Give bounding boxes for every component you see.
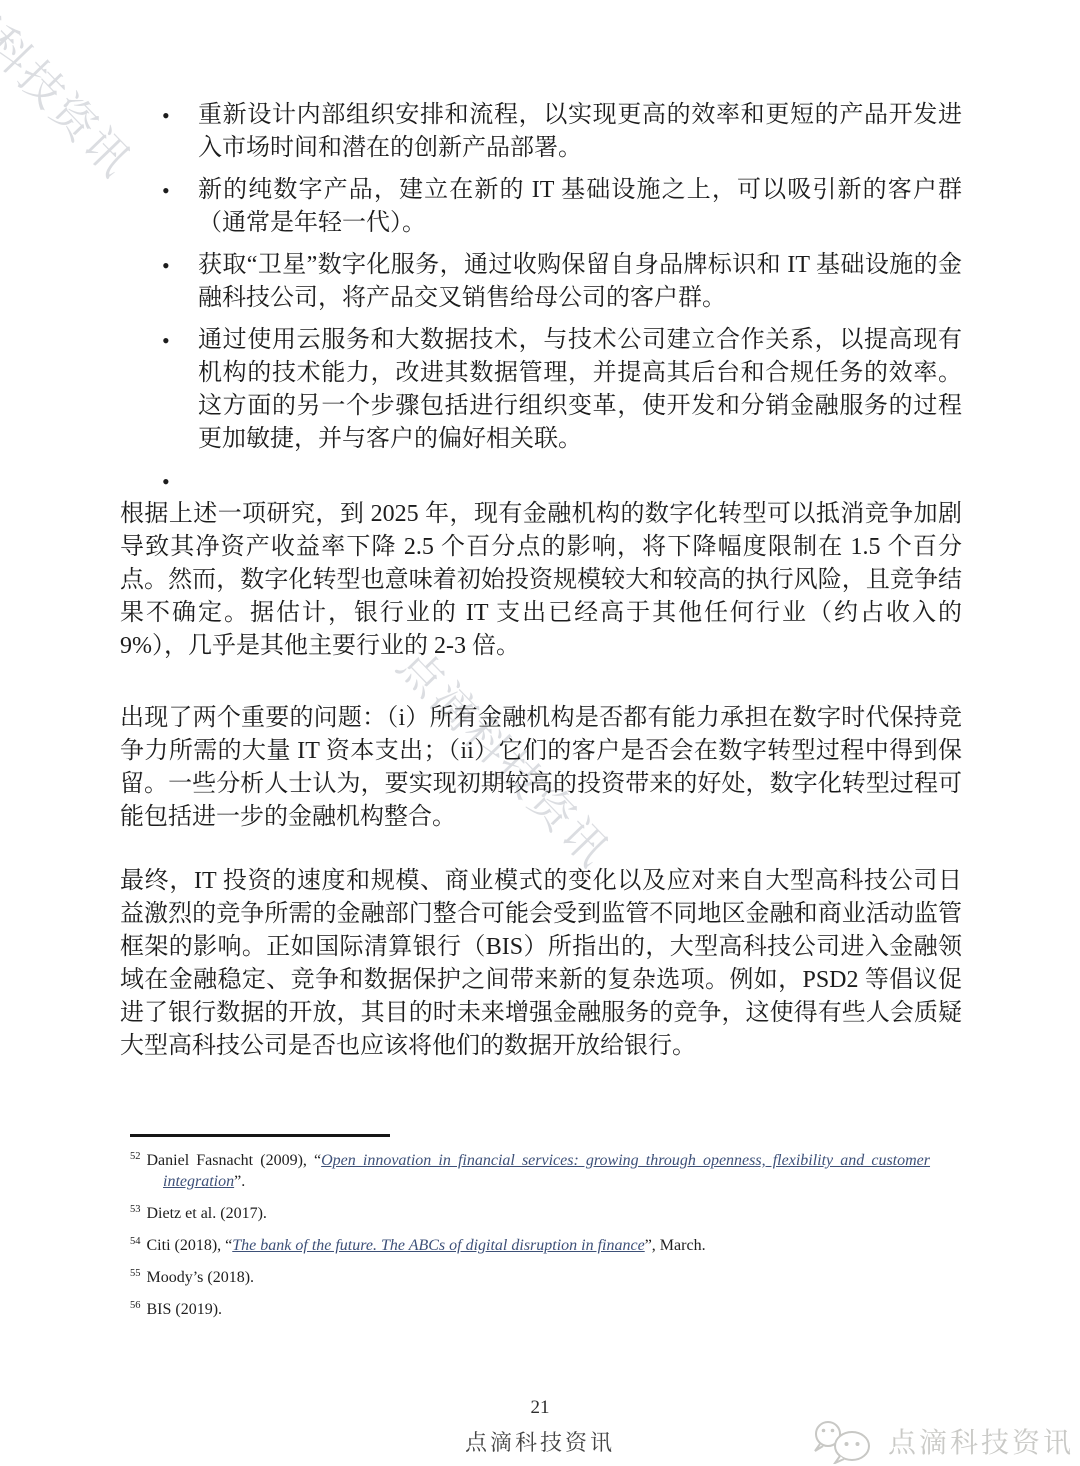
footnote-text: ”. [234, 1173, 245, 1190]
footnote-text: Moody’s (2018). [147, 1269, 255, 1286]
list-item-text: 重新设计内部组织安排和流程，以实现更高的效率和更短的产品开发进入市场时间和潜在的… [198, 102, 962, 161]
bullet-list: • 重新设计内部组织安排和流程，以实现更高的效率和更短的产品开发进入市场时间和潜… [120, 99, 962, 498]
chat-bubbles-logo-icon [807, 1418, 883, 1464]
list-item-empty: • [120, 465, 962, 498]
footnote-number: 52 [130, 1151, 141, 1162]
footnote-54: 54Citi (2018), “The bank of the future. … [130, 1235, 930, 1256]
bullet-icon: • [162, 174, 170, 207]
footnotes-section: 52Daniel Fasnacht (2009), “Open innovati… [130, 1134, 930, 1331]
page-number: 21 [0, 1397, 1080, 1419]
footnote-text: Citi (2018), “ [147, 1237, 233, 1254]
bullet-icon: • [162, 324, 170, 357]
footnote-text: BIS (2019). [147, 1301, 223, 1318]
footnote-number: 56 [130, 1300, 141, 1311]
footnote-divider [130, 1134, 390, 1137]
paragraph: 根据上述一项研究，到 2025 年，现有金融机构的数字化转型可以抵消竞争加剧导致… [120, 498, 962, 663]
list-item: • 新的纯数字产品，建立在新的 IT 基础设施之上，可以吸引新的客户群（通常是年… [120, 174, 962, 240]
footnote-text: Dietz et al. (2017). [147, 1205, 267, 1222]
paragraph: 出现了两个重要的问题：（i）所有金融机构是否都有能力承担在数字时代保持竞争力所需… [120, 702, 962, 834]
footnote-number: 55 [130, 1268, 141, 1279]
brand-name: 点滴科技资讯 [888, 1421, 1074, 1461]
bullet-icon: • [162, 465, 170, 498]
list-item: • 重新设计内部组织安排和流程，以实现更高的效率和更短的产品开发进入市场时间和潜… [120, 99, 962, 165]
footnote-link[interactable]: The bank of the future. The ABCs of digi… [232, 1237, 644, 1254]
paragraph: 最终，IT 投资的速度和规模、商业模式的变化以及应对来自大型高科技公司日益激烈的… [120, 865, 962, 1063]
footnote-number: 53 [130, 1204, 141, 1215]
footnote-52: 52Daniel Fasnacht (2009), “Open innovati… [130, 1150, 930, 1192]
footnote-56: 56BIS (2019). [130, 1299, 930, 1320]
footnote-text: ”, March. [645, 1237, 706, 1254]
footnote-number: 54 [130, 1236, 141, 1247]
footnote-53: 53Dietz et al. (2017). [130, 1203, 930, 1224]
footnote-text: Daniel Fasnacht (2009), “ [147, 1152, 322, 1169]
list-item: • 获取“卫星”数字化服务，通过收购保留自身品牌标识和 IT 基础设施的金融科技… [120, 249, 962, 315]
list-item-text: 新的纯数字产品，建立在新的 IT 基础设施之上，可以吸引新的客户群（通常是年轻一… [198, 177, 962, 236]
bullet-icon: • [162, 99, 170, 132]
list-item-text: 获取“卫星”数字化服务，通过收购保留自身品牌标识和 IT 基础设施的金融科技公司… [198, 252, 962, 311]
footnote-55: 55Moody’s (2018). [130, 1267, 930, 1288]
list-item: • 通过使用云服务和大数据技术，与技术公司建立合作关系，以提高现有机构的技术能力… [120, 324, 962, 456]
page-body: • 重新设计内部组织安排和流程，以实现更高的效率和更短的产品开发进入市场时间和潜… [120, 99, 962, 1063]
brand-logo-block: 点滴科技资讯 [807, 1418, 1074, 1464]
document-page: 点滴科技资讯 点滴科技资讯 • 重新设计内部组织安排和流程，以实现更高的效率和更… [0, 0, 1080, 1466]
bullet-icon: • [162, 249, 170, 282]
list-item-text: 通过使用云服务和大数据技术，与技术公司建立合作关系，以提高现有机构的技术能力，改… [198, 327, 962, 452]
